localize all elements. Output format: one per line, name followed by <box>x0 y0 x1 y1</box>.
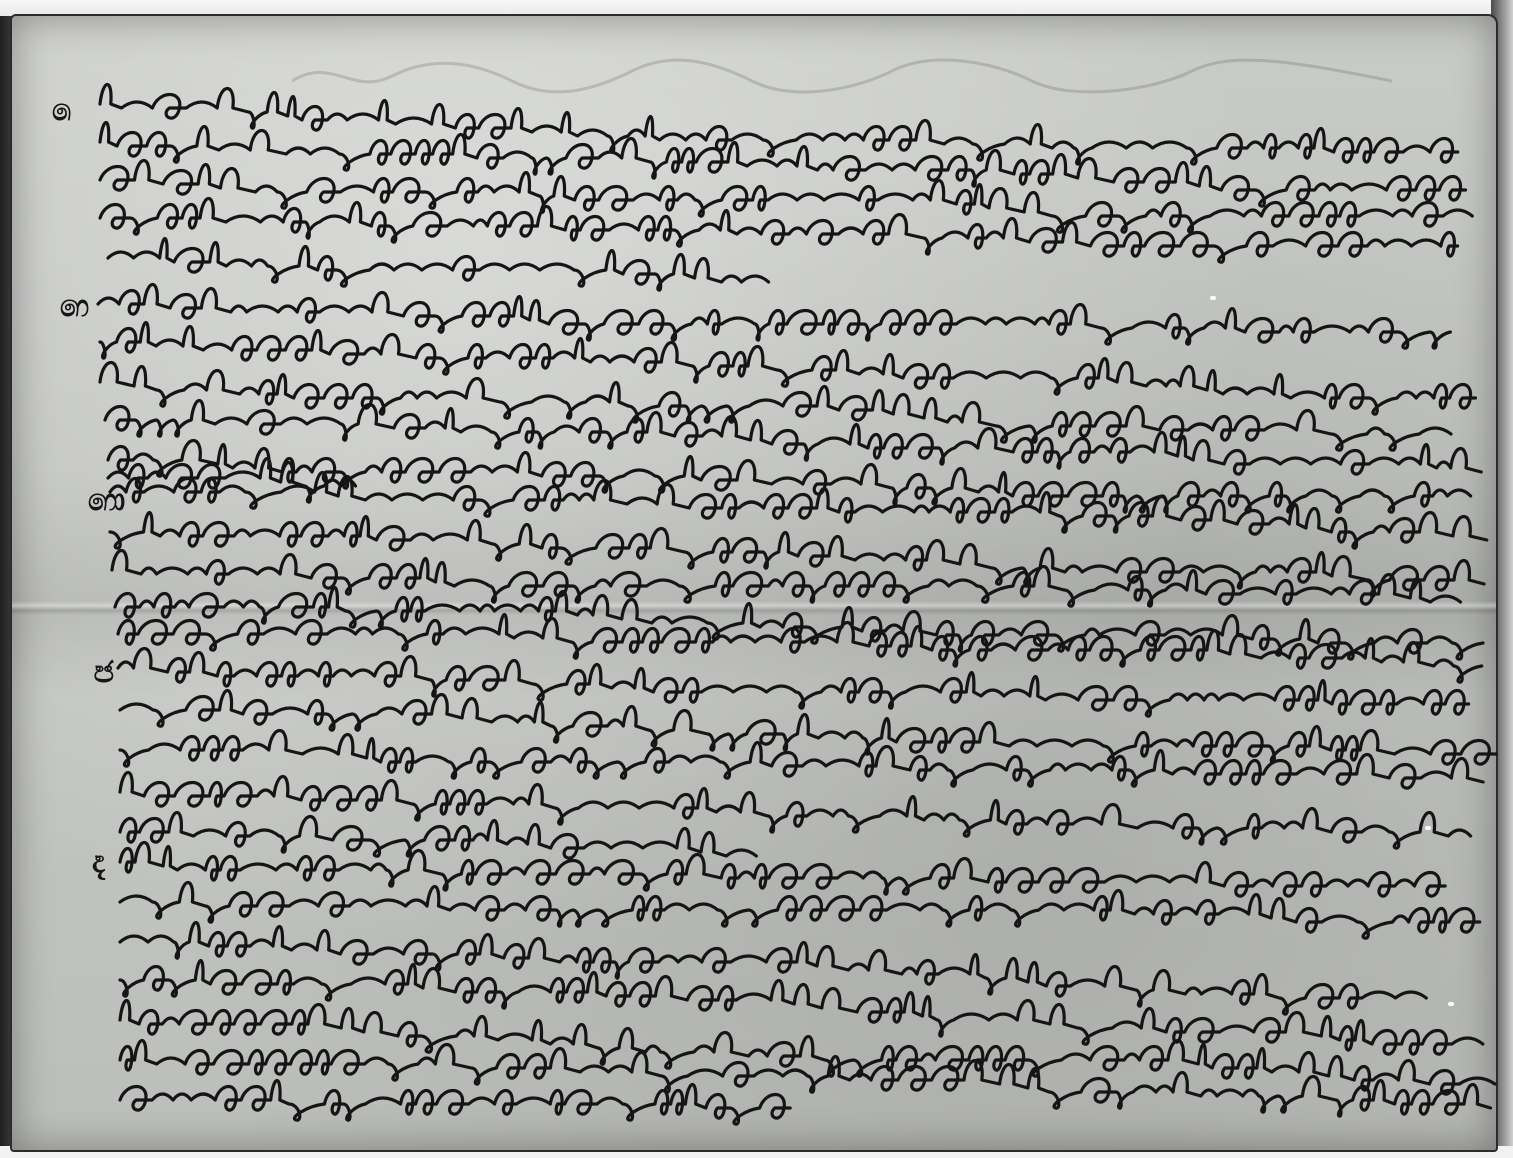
paragraph-numeral: ෫ <box>92 848 105 878</box>
handwritten-line <box>98 282 1468 318</box>
handwritten-line <box>100 196 1470 232</box>
handwritten-line <box>100 120 1470 156</box>
handwritten-line <box>120 728 1495 764</box>
paper-speck <box>1448 1002 1454 1006</box>
handwritten-line <box>100 320 1470 356</box>
handwritten-line <box>110 470 1495 506</box>
handwritten-line <box>118 612 1493 648</box>
handwritten-line <box>100 360 1470 396</box>
paragraph-numeral: ෨ <box>60 292 89 322</box>
handwritten-line <box>118 646 1478 682</box>
paragraph-numeral: ෧ <box>52 96 71 126</box>
handwritten-line <box>120 920 1430 956</box>
handwritten-line <box>110 510 1480 546</box>
paragraph-numeral: ෩ <box>88 486 125 516</box>
handwritten-line <box>112 548 1477 584</box>
paragraph-numeral: ෪ <box>94 658 114 688</box>
paper-speck <box>1210 296 1216 300</box>
handwritten-line <box>120 1078 780 1114</box>
handwritten-line <box>100 82 1465 118</box>
handwritten-text-block: ෧෨෩෪෫ <box>0 0 1513 1158</box>
paper-speck <box>1425 826 1431 830</box>
handwritten-line <box>105 398 1475 434</box>
handwritten-line <box>120 688 1495 724</box>
handwritten-line <box>120 998 1490 1034</box>
handwritten-line <box>120 770 1485 806</box>
handwritten-line <box>120 840 1465 876</box>
handwritten-line <box>100 158 1470 194</box>
handwritten-line <box>120 1038 1490 1074</box>
handwritten-line <box>120 958 1480 994</box>
handwritten-line <box>120 880 1485 916</box>
handwritten-line <box>108 236 768 272</box>
